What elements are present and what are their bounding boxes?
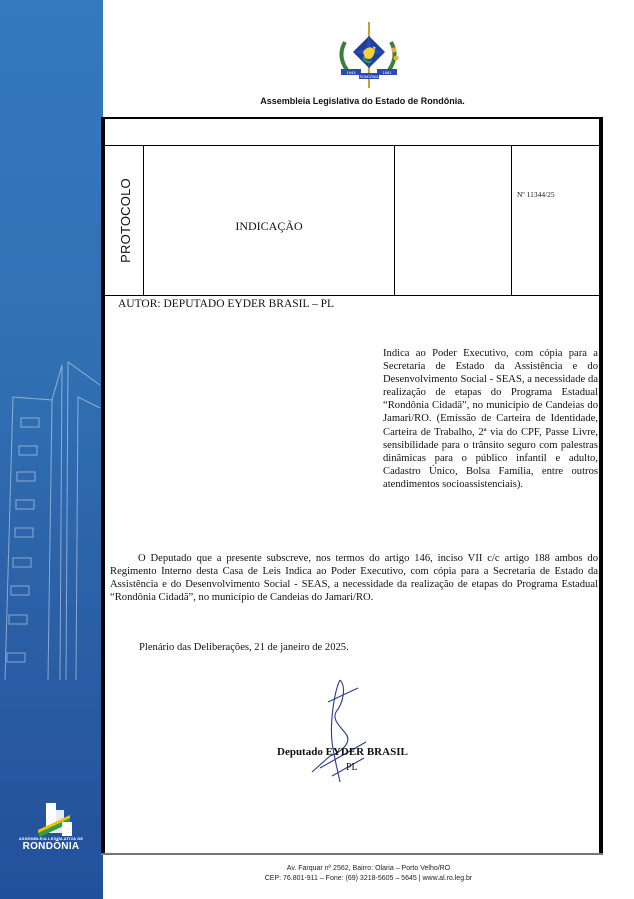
frame-border-right xyxy=(599,118,603,854)
author-line: AUTOR: DEPUTADO EYDER BRASIL – PL xyxy=(118,298,334,310)
document-number: Nº 11344/25 xyxy=(517,190,555,199)
signatory-party: PL xyxy=(346,762,358,773)
institution-name: Assembleia Legislativa do Estado de Rond… xyxy=(0,96,634,106)
table-column-divider xyxy=(394,145,395,295)
ementa-summary: Indica ao Poder Executivo, com cópia par… xyxy=(383,347,598,491)
table-row-divider xyxy=(105,145,599,146)
protocolo-label-text: PROTOCOLO xyxy=(118,178,133,263)
svg-text:1981: 1981 xyxy=(383,70,393,75)
institution-name-text: Assembleia Legislativa do Estado de Rond… xyxy=(260,96,465,106)
svg-text:1943: 1943 xyxy=(347,70,357,75)
table-bottom-border xyxy=(105,295,599,296)
side-band: ASSEMBLEIA LEGISLATIVA DE RONDÔNIA xyxy=(0,0,103,899)
svg-text:RONDÔNIA: RONDÔNIA xyxy=(360,74,380,79)
footer-contact: CEP: 76.801-911 – Fone: (69) 3218-5605 –… xyxy=(103,874,634,884)
footer: Av. Farquar nº 2562, Bairro: Olaria – Po… xyxy=(103,864,634,884)
document-type: INDICAÇÃO xyxy=(144,219,394,234)
body-paragraph: O Deputado que a presente subscreve, nos… xyxy=(110,552,598,604)
assembly-logo: ASSEMBLEIA LEGISLATIVA DE RONDÔNIA xyxy=(8,800,94,852)
assembly-logo-title: RONDÔNIA xyxy=(8,841,94,852)
closing-date-line: Plenário das Deliberações, 21 de janeiro… xyxy=(139,642,349,653)
footer-address: Av. Farquar nº 2562, Bairro: Olaria – Po… xyxy=(103,864,634,874)
protocolo-label: PROTOCOLO xyxy=(107,150,143,290)
handwritten-signature-icon xyxy=(300,672,390,782)
document-body: O Deputado que a presente subscreve, nos… xyxy=(110,552,598,604)
signatory-name: Deputado EYDER BRASIL xyxy=(277,746,408,758)
building-outline-icon xyxy=(0,0,103,899)
frame-border-bottom xyxy=(101,853,603,855)
table-column-divider xyxy=(511,145,512,295)
frame-border-left xyxy=(101,118,105,854)
frame-border-top xyxy=(101,117,603,119)
state-coat-of-arms-icon: 1943 1981 RONDÔNIA xyxy=(333,22,403,90)
